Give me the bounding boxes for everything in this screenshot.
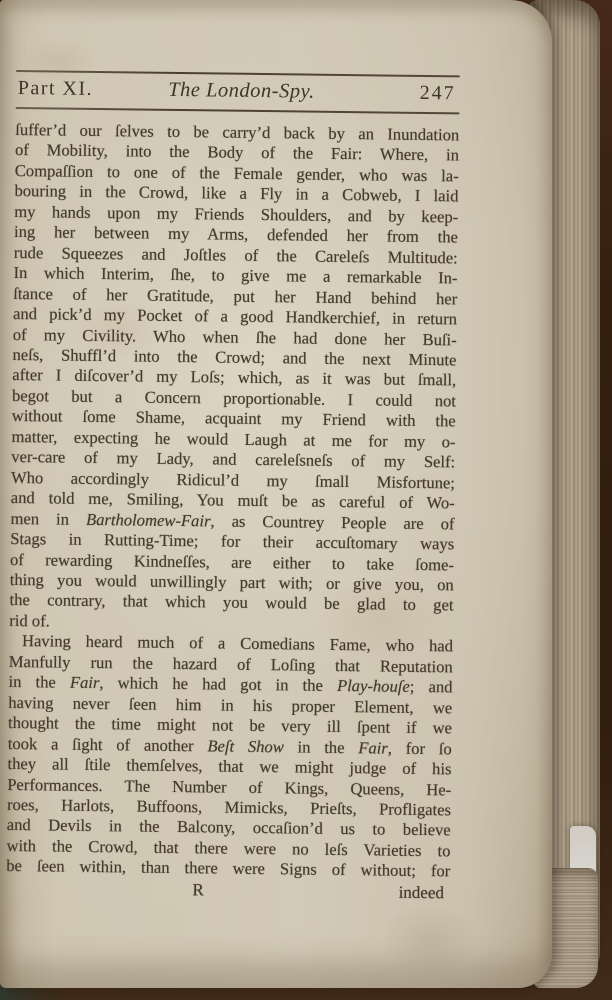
- page-content: Part XI. The London-Spy. 247 ſuffer’d ou…: [6, 70, 460, 905]
- signature-mark: R: [192, 880, 204, 900]
- part-label: Part XI.: [18, 77, 94, 101]
- page-number: 247: [420, 82, 456, 105]
- book-page: Part XI. The London-Spy. 247 ſuffer’d ou…: [0, 0, 552, 988]
- page-footer: R indeed: [6, 878, 450, 905]
- catchword: indeed: [399, 883, 445, 904]
- paragraph: Having heard much of a Comedians Fame, w…: [6, 631, 453, 882]
- body-paragraphs: ſuffer’d our ſelves to be carry’d back b…: [6, 120, 459, 882]
- scanned-book-photo: Part XI. The London-Spy. 247 ſuffer’d ou…: [0, 0, 612, 1000]
- running-title: The London-Spy.: [168, 79, 345, 104]
- paragraph: ſuffer’d our ſelves to be carry’d back b…: [9, 120, 459, 637]
- page-header: Part XI. The London-Spy. 247: [16, 72, 460, 112]
